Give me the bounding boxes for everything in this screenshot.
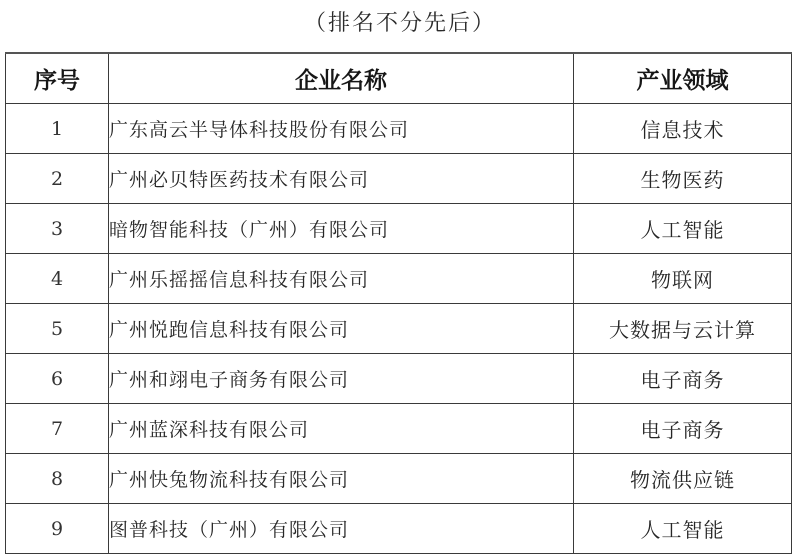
row-index: 8	[6, 454, 109, 504]
table-row: 9 图普科技（广州）有限公司 人工智能	[6, 504, 792, 554]
row-company-name: 暗物智能科技（广州）有限公司	[109, 204, 574, 254]
header-company-name: 企业名称	[109, 53, 574, 104]
company-list-table: 序号 企业名称 产业领域 1 广东高云半导体科技股份有限公司 信息技术 2 广州…	[5, 52, 792, 554]
table-row: 2 广州必贝特医药技术有限公司 生物医药	[6, 154, 792, 204]
row-industry-field: 人工智能	[574, 204, 792, 254]
table-row: 7 广州蓝深科技有限公司 电子商务	[6, 404, 792, 454]
row-company-name: 广州悦跑信息科技有限公司	[109, 304, 574, 354]
row-industry-field: 电子商务	[574, 354, 792, 404]
row-company-name: 广州蓝深科技有限公司	[109, 404, 574, 454]
row-company-name: 广州和翊电子商务有限公司	[109, 354, 574, 404]
row-index: 6	[6, 354, 109, 404]
row-company-name: 广州快兔物流科技有限公司	[109, 454, 574, 504]
row-company-name: 广东高云半导体科技股份有限公司	[109, 104, 574, 154]
table-row: 3 暗物智能科技（广州）有限公司 人工智能	[6, 204, 792, 254]
table-row: 6 广州和翊电子商务有限公司 电子商务	[6, 354, 792, 404]
row-industry-field: 电子商务	[574, 404, 792, 454]
header-industry-field: 产业领域	[574, 53, 792, 104]
table-row: 5 广州悦跑信息科技有限公司 大数据与云计算	[6, 304, 792, 354]
row-index: 9	[6, 504, 109, 554]
row-industry-field: 物流供应链	[574, 454, 792, 504]
table-row: 4 广州乐摇摇信息科技有限公司 物联网	[6, 254, 792, 304]
row-index: 4	[6, 254, 109, 304]
table-header-row: 序号 企业名称 产业领域	[6, 53, 792, 104]
row-company-name: 图普科技（广州）有限公司	[109, 504, 574, 554]
header-index: 序号	[6, 53, 109, 104]
row-company-name: 广州乐摇摇信息科技有限公司	[109, 254, 574, 304]
row-index: 2	[6, 154, 109, 204]
document-subtitle: （排名不分先后）	[0, 6, 800, 37]
row-industry-field: 人工智能	[574, 504, 792, 554]
row-index: 1	[6, 104, 109, 154]
table-row: 1 广东高云半导体科技股份有限公司 信息技术	[6, 104, 792, 154]
row-index: 7	[6, 404, 109, 454]
row-industry-field: 生物医药	[574, 154, 792, 204]
table-row: 8 广州快兔物流科技有限公司 物流供应链	[6, 454, 792, 504]
row-company-name: 广州必贝特医药技术有限公司	[109, 154, 574, 204]
row-index: 5	[6, 304, 109, 354]
row-industry-field: 大数据与云计算	[574, 304, 792, 354]
row-industry-field: 信息技术	[574, 104, 792, 154]
row-index: 3	[6, 204, 109, 254]
row-industry-field: 物联网	[574, 254, 792, 304]
